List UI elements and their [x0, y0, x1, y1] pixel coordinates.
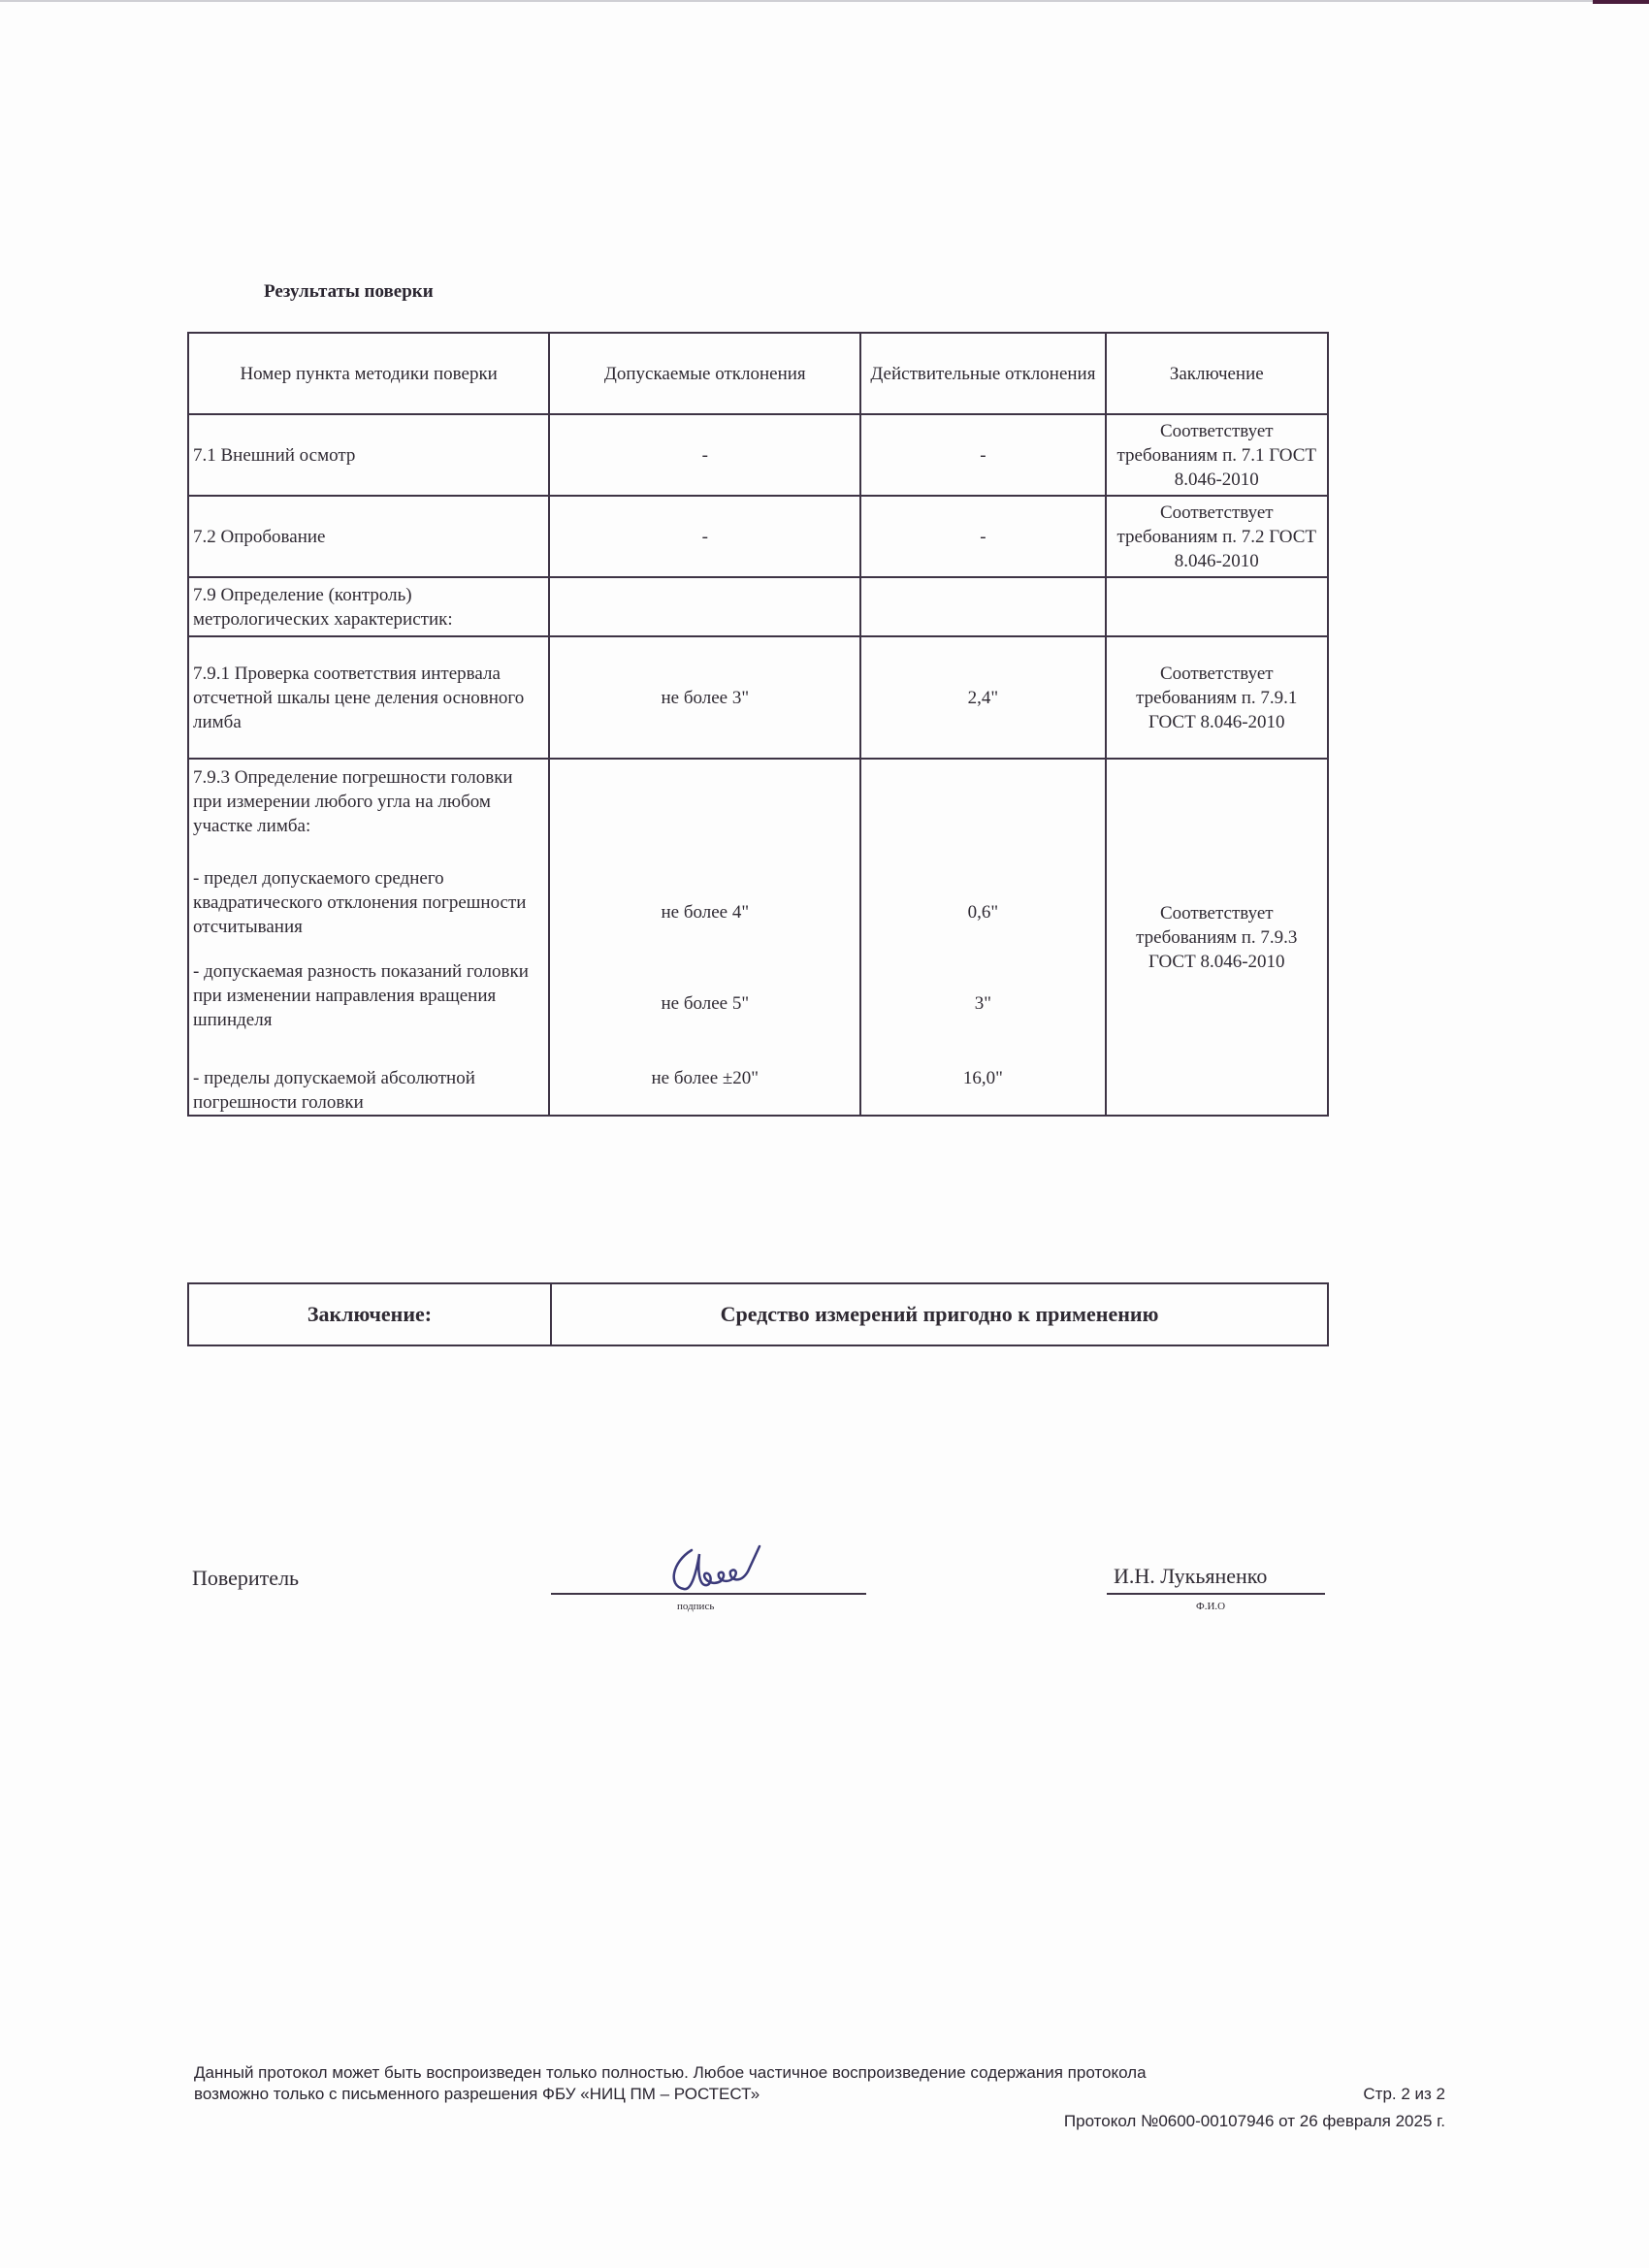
name-caption: Ф.И.О	[1196, 1601, 1225, 1612]
verifier-name: И.Н. Лукьяненко	[1114, 1564, 1267, 1589]
header-item: Номер пункта методики поверки	[188, 333, 549, 414]
row-actual: -	[860, 496, 1105, 577]
group-title: 7.9.3 Определение погрешности головки пр…	[193, 765, 544, 866]
row-actual	[860, 577, 1105, 636]
row-conclusion: Соответствует требованиям п. 7.1 ГОСТ 8.…	[1106, 414, 1328, 496]
subitem-actual: 3"	[865, 959, 1100, 1049]
subitem-allowed: не более ±20"	[554, 1049, 856, 1090]
row-actual: -	[860, 414, 1105, 496]
results-table: Номер пункта методики поверки Допускаемы…	[187, 332, 1329, 1117]
row-conclusion	[1106, 577, 1328, 636]
scan-edge	[0, 0, 1593, 2]
protocol-reference: Протокол №0600-00107946 от 26 февраля 20…	[194, 2111, 1445, 2132]
section-title: Результаты поверки	[264, 281, 434, 303]
footer: Данный протокол может быть воспроизведен…	[194, 2062, 1445, 2132]
conclusion-label: Заключение:	[188, 1283, 551, 1345]
group-conclusion: Соответствует требованиям п. 7.9.3 ГОСТ …	[1106, 759, 1328, 1116]
group-allowed: не более 4" не более 5" не более ±20"	[549, 759, 860, 1116]
row-item: 7.2 Опробование	[188, 496, 549, 577]
conclusion-value: Средство измерений пригодно к применению	[551, 1283, 1328, 1345]
footer-notice-line1: Данный протокол может быть воспроизведен…	[194, 2062, 1445, 2084]
row-actual: 2,4"	[860, 636, 1105, 759]
header-allowed: Допускаемые отклонения	[549, 333, 860, 414]
subitem-allowed: не более 5"	[554, 959, 856, 1049]
signature-icon	[663, 1542, 789, 1596]
row-allowed: -	[549, 496, 860, 577]
group-actual: 0,6" 3" 16,0"	[860, 759, 1105, 1116]
table-row: 7.2 Опробование - - Соответствует требов…	[188, 496, 1328, 577]
signature-line	[551, 1593, 866, 1595]
subitem-actual: 16,0"	[865, 1049, 1100, 1090]
row-conclusion: Соответствует требованиям п. 7.9.1 ГОСТ …	[1106, 636, 1328, 759]
header-conclusion: Заключение	[1106, 333, 1328, 414]
subitem: - предел допускаемого среднего квадратич…	[193, 866, 544, 959]
signature-block: Поверитель подпись И.Н. Лукьяненко Ф.И.О	[187, 1542, 1332, 1620]
table-row: 7.1 Внешний осмотр - - Соответствует тре…	[188, 414, 1328, 496]
page-number: Стр. 2 из 2	[1363, 2084, 1445, 2105]
conclusion-table: Заключение: Средство измерений пригодно …	[187, 1282, 1329, 1346]
subitem-actual: 0,6"	[865, 866, 1100, 959]
header-actual: Действительные отклонения	[860, 333, 1105, 414]
row-conclusion: Соответствует требованиям п. 7.2 ГОСТ 8.…	[1106, 496, 1328, 577]
row-allowed: не более 3"	[549, 636, 860, 759]
row-item: 7.9.1 Проверка соответствия интервала от…	[188, 636, 549, 759]
table-header-row: Номер пункта методики поверки Допускаемы…	[188, 333, 1328, 414]
table-row: 7.9.1 Проверка соответствия интервала от…	[188, 636, 1328, 759]
subitem: - допускаемая разность показаний головки…	[193, 959, 544, 1049]
subitem: - пределы допускаемой абсолютной погрешн…	[193, 1049, 544, 1115]
row-item: 7.9 Определение (контроль) метрологическ…	[188, 577, 549, 636]
verifier-label: Поверитель	[192, 1566, 299, 1591]
row-item: 7.1 Внешний осмотр	[188, 414, 549, 496]
row-allowed: -	[549, 414, 860, 496]
footer-notice-line2: возможно только с письменного разрешения…	[194, 2084, 760, 2105]
scan-mark	[1593, 0, 1649, 4]
signature-caption: подпись	[677, 1601, 714, 1612]
row-allowed	[549, 577, 860, 636]
name-line	[1107, 1593, 1325, 1595]
table-row: 7.9 Определение (контроль) метрологическ…	[188, 577, 1328, 636]
table-row-group-793: 7.9.3 Определение погрешности головки пр…	[188, 759, 1328, 1116]
subitem-allowed: не более 4"	[554, 866, 856, 959]
group-items: 7.9.3 Определение погрешности головки пр…	[188, 759, 549, 1116]
